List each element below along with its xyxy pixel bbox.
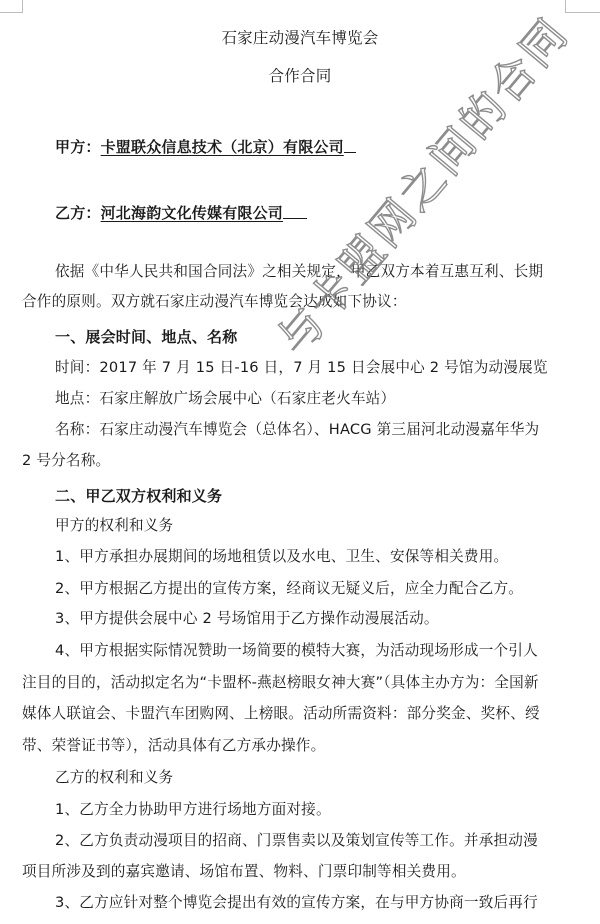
party-a-item-3: 3、甲方提供会展中心 2 号场馆用于乙方操作动漫展活动。 [55,609,600,629]
party-a-value: 卡盟联众信息技术（北京）有限公司 [101,138,344,156]
party-a-item-4-cont-3: 带、荣誉证书等），活动具体有乙方承办操作。 [22,736,582,756]
party-a-item-4: 4、甲方根据实际情况赞助一场简要的模特大赛，为活动现场形成一个引人 [55,641,600,661]
party-b-item-2-cont: 项目所涉及到的嘉宾邀请、场馆布置、物料、门票印制等相关费用。 [22,862,582,882]
section-1-place: 地点：石家庄解放广场会展中心（石家庄老火车站） [55,389,600,409]
party-b-label: 乙方： [55,204,101,222]
party-b-item-2: 2、乙方负责动漫项目的招商、门票售卖以及策划宣传等工作。并承担动漫 [55,831,600,851]
section-1-heading: 一、展会时间、地点、名称 [55,327,600,347]
party-a-label: 甲方： [55,138,101,156]
intro-line-2: 合作的原则。双方就石家庄动漫汽车博览会达成如下协议： [22,292,582,312]
section-2-heading: 二、甲乙双方权利和义务 [55,486,600,506]
party-b-underline-pad [283,204,307,219]
party-a-item-4-cont-1: 注目的目的，活动拟定名为“卡盟杯-燕赵榜眼女神大赛”（具体主办方为：全国新 [22,673,582,693]
party-a-underline-pad [344,138,356,153]
party-a-item-4-cont-2: 媒体人联谊会、卡盟汽车团购网、上榜眼。活动所需资料：部分奖金、奖杯、绶 [22,704,582,724]
party-b-item-3: 3、乙方应针对整个博览会提出有效的宣传方案，在与甲方协商一致后再行 [55,893,600,913]
party-b: 乙方：河北海韵文化传媒有限公司 [55,203,600,223]
intro-line-1: 依据《中华人民共和国合同法》之相关规定，甲乙双方本着互惠互利、长期 [55,262,600,282]
party-a: 甲方：卡盟联众信息技术（北京）有限公司 [55,137,600,157]
section-1-name: 名称：石家庄动漫汽车博览会（总体名）、HACG 第三届河北动漫嘉年华为 [55,420,600,440]
party-b-item-1: 1、乙方全力协助甲方进行场地方面对接。 [55,800,600,820]
party-b-value: 河北海韵文化传媒有限公司 [101,204,283,222]
party-b-duties-heading: 乙方的权利和义务 [55,768,600,788]
section-1-name-cont: 2 号分名称。 [22,451,582,471]
document-subtitle: 合作合同 [0,66,600,86]
document-title: 石家庄动漫汽车博览会 [0,28,600,48]
party-a-duties-heading: 甲方的权利和义务 [55,516,600,536]
party-a-item-1: 1、甲方承担办展期间的场地租赁以及水电、卫生、安保等相关费用。 [55,547,600,567]
party-a-item-2: 2、甲方根据乙方提出的宣传方案，经商议无疑义后，应全力配合乙方。 [55,579,600,599]
section-1-time: 时间：2017 年 7 月 15 日-16 日，7 月 15 日会展中心 2 号… [55,358,600,378]
document-page: 石家庄动漫汽车博览会 合作合同 甲方：卡盟联众信息技术（北京）有限公司 乙方：河… [0,0,600,924]
